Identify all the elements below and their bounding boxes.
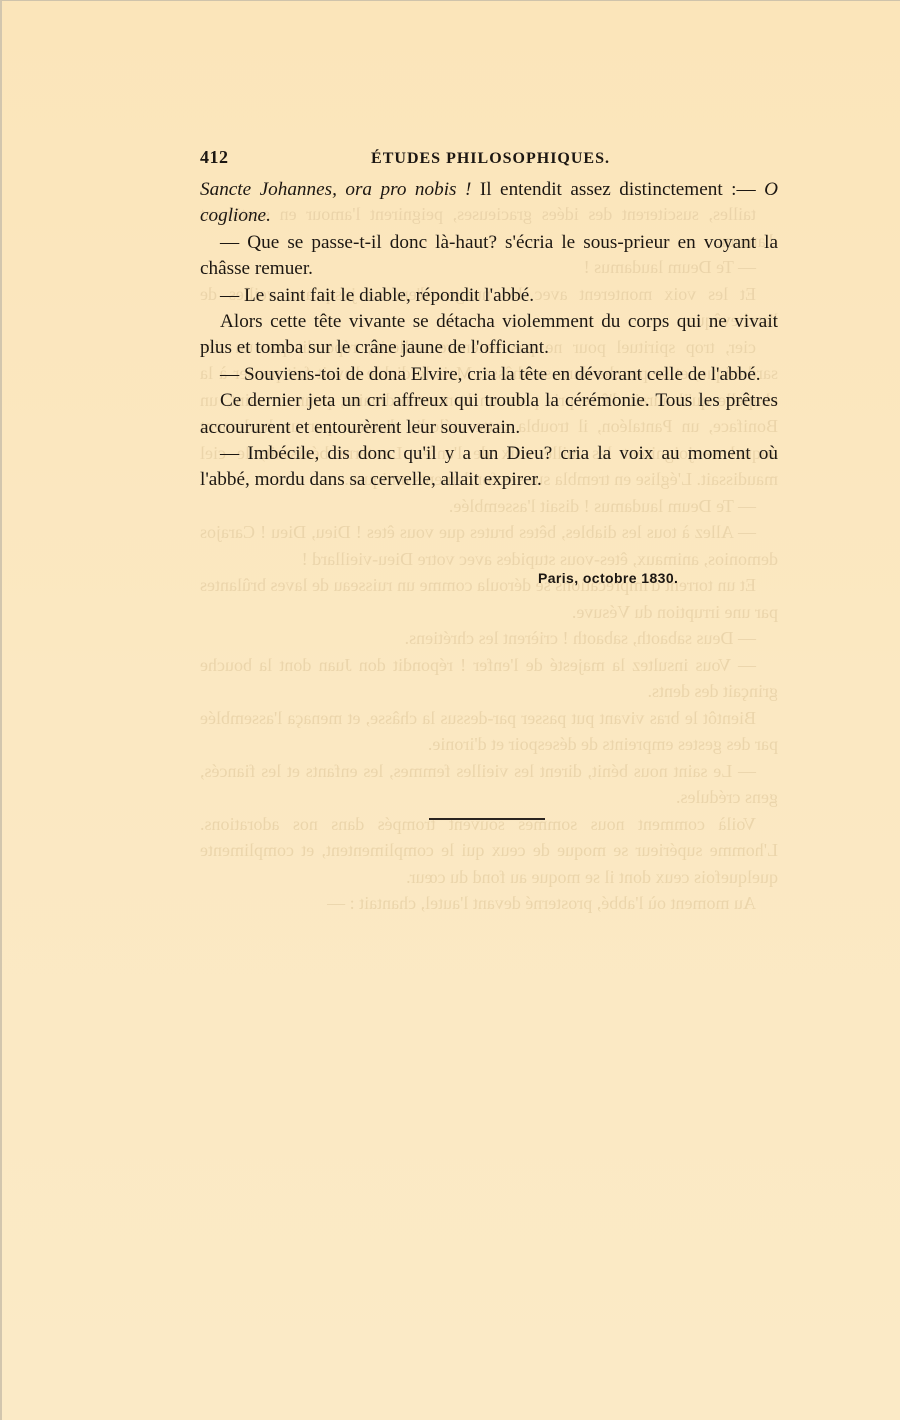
show-through-line: — Allez à tous les diables, bêtes brutes…	[200, 519, 778, 572]
body-text: Sancte Johannes, ora pro nobis ! Il ente…	[200, 177, 778, 494]
running-title: ÉTUDES PHILOSOPHIQUES.	[371, 150, 610, 168]
paragraph: Ce dernier jeta un cri affreux qui troub…	[200, 388, 778, 441]
paragraph: — Que se passe-t-il donc là-haut? s'écri…	[200, 230, 778, 283]
paragraph: Sancte Johannes, ora pro nobis ! Il ente…	[200, 177, 778, 230]
paragraph-text: Il entendit assez distinctement :—	[471, 179, 764, 200]
running-head: 412 ÉTUDES PHILOSOPHIQUES.	[200, 147, 610, 168]
show-through-line: Bientôt le bras vivant put passer par-de…	[200, 705, 778, 758]
show-through-line: Et un torrent d'imprécations se déroula …	[200, 572, 778, 625]
italic-phrase: Sancte Johannes, ora pro nobis !	[200, 179, 471, 200]
place-date-signature: Paris, octobre 1830.	[538, 570, 678, 586]
show-through-line: Voilà comment nous sommes souvent trompé…	[200, 811, 778, 891]
paragraph: — Imbécile, dis donc qu'il y a un Dieu? …	[200, 441, 778, 494]
show-through-line: — Vous insultez la majesté de l'enfer ! …	[200, 652, 778, 705]
page-number: 412	[200, 147, 229, 168]
paragraph: Alors cette tête vivante se détacha viol…	[200, 309, 778, 362]
paragraph: — Souviens-toi de dona Elvire, cria la t…	[200, 362, 778, 388]
paragraph: — Le saint fait le diable, répondit l'ab…	[200, 283, 778, 309]
section-end-rule	[429, 818, 545, 820]
show-through-line: — Te Deum laudamus ! disait l'assemblée.	[200, 493, 778, 520]
show-through-line: Au moment où l'abbé, prosterné devant l'…	[200, 890, 778, 917]
book-page: tailles, susciterent des idées gracieuse…	[0, 0, 900, 1420]
show-through-line: — Le saint nous bénit, dirent les vieill…	[200, 758, 778, 811]
show-through-line: — Deus sabaoth, sabaoth ! crièrent les c…	[200, 625, 778, 652]
